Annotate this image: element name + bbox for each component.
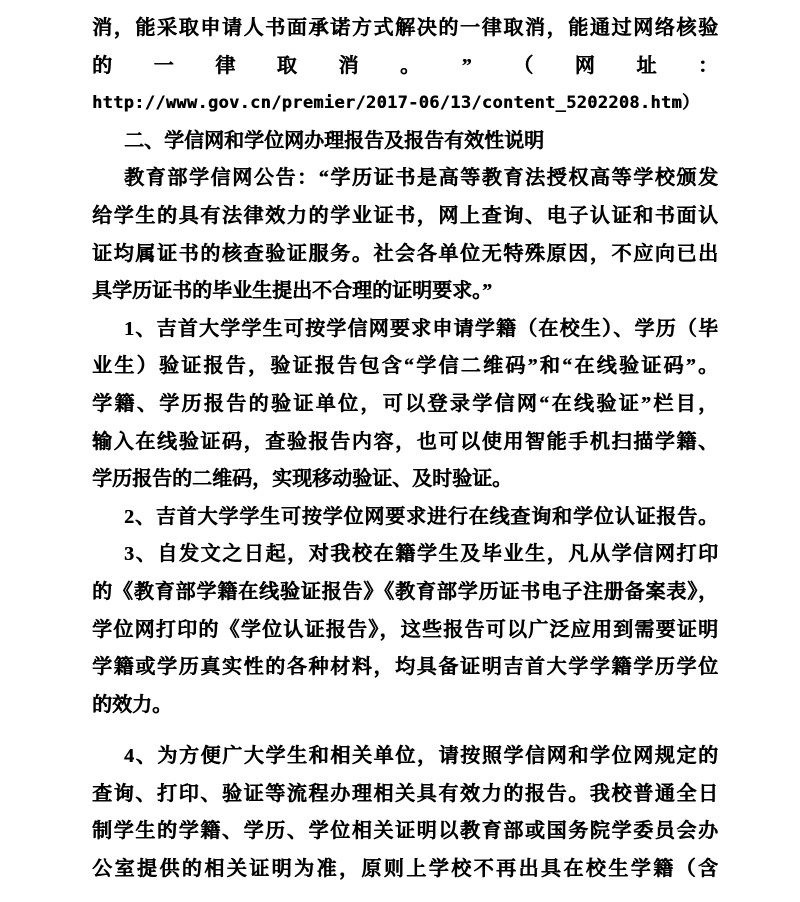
- text-line: 学籍、学历报告的验证单位，可以登录学信网“在线验证”栏目，: [92, 386, 718, 424]
- text-line: 具学历证书的毕业生提出不合理的证明要求。”: [92, 273, 718, 311]
- url-line: http://www.gov.cn/premier/2017-06/13/con…: [92, 85, 718, 123]
- text-line: 2、吉首大学学生可按学位网要求进行在线查询和学位认证报告。: [92, 499, 718, 537]
- spread-char: ：: [698, 48, 718, 86]
- text-line: 制学生的学籍、学历、学位相关证明以教育部或国务院学委员会办: [92, 813, 718, 851]
- text-line: 教育部学信网公告：“学历证书是高等教育法授权高等学校颁发: [92, 160, 718, 198]
- text-line: 输入在线验证码，查验报告内容，也可以使用智能手机扫描学籍、: [92, 424, 718, 462]
- spread-char: ”: [462, 48, 472, 86]
- spread-char: 取: [277, 48, 297, 86]
- spread-char: 网: [575, 48, 595, 86]
- text-line: 公室提供的相关证明为准，原则上学校不再出具在校生学籍（含: [92, 851, 718, 889]
- text-line: 的效力。: [92, 687, 718, 725]
- document-body: 消，能采取申请人书面承诺方式解决的一律取消，能通过网络核验的一律取消。”（网址：…: [0, 0, 718, 889]
- text-line: 查询、打印、验证等流程办理相关具有效力的报告。我校普通全日: [92, 776, 718, 814]
- text-line: 4、为方便广大学生和相关单位，请按照学信网和学位网规定的: [92, 738, 718, 776]
- text-line: 业生）验证报告，验证报告包含“学信二维码”和“在线验证码”。: [92, 348, 718, 386]
- spread-char: 律: [215, 48, 235, 86]
- text-line: 证均属证书的核查验证服务。社会各单位无特殊原因，不应向已出: [92, 236, 718, 274]
- text-line: 学籍或学历真实性的各种材料，均具备证明吉首大学学籍学历学位: [92, 649, 718, 687]
- text-line: 的一律取消。”（网址：: [92, 48, 718, 86]
- spread-char: 消: [338, 48, 358, 86]
- text-line: 学位网打印的《学位认证报告》，这些报告可以广泛应用到需要证明: [92, 612, 718, 650]
- text-line: 学历报告的二维码，实现移动验证、及时验证。: [92, 461, 718, 499]
- spread-char: 的: [92, 48, 112, 86]
- spread-char: 一: [154, 48, 174, 86]
- text-line: 消，能采取申请人书面承诺方式解决的一律取消，能通过网络核验: [92, 10, 718, 48]
- text-line: 3、自发文之日起，对我校在籍学生及毕业生，凡从学信网打印: [92, 536, 718, 574]
- spread-char: 。: [400, 48, 420, 86]
- spread-char: 址: [636, 48, 656, 86]
- text-line: 1、吉首大学学生可按学信网要求申请学籍（在校生）、学历（毕: [92, 311, 718, 349]
- text-line: 给学生的具有法律效力的学业证书，网上查询、电子认证和书面认: [92, 198, 718, 236]
- spread-char: （: [513, 48, 533, 86]
- document-page: 消，能采取申请人书面承诺方式解决的一律取消，能通过网络核验的一律取消。”（网址：…: [0, 0, 800, 902]
- section-heading: 二、学信网和学位网办理报告及报告有效性说明: [92, 123, 718, 161]
- text-line: 的《教育部学籍在线验证报告》《教育部学历证书电子注册备案表》，: [92, 574, 718, 612]
